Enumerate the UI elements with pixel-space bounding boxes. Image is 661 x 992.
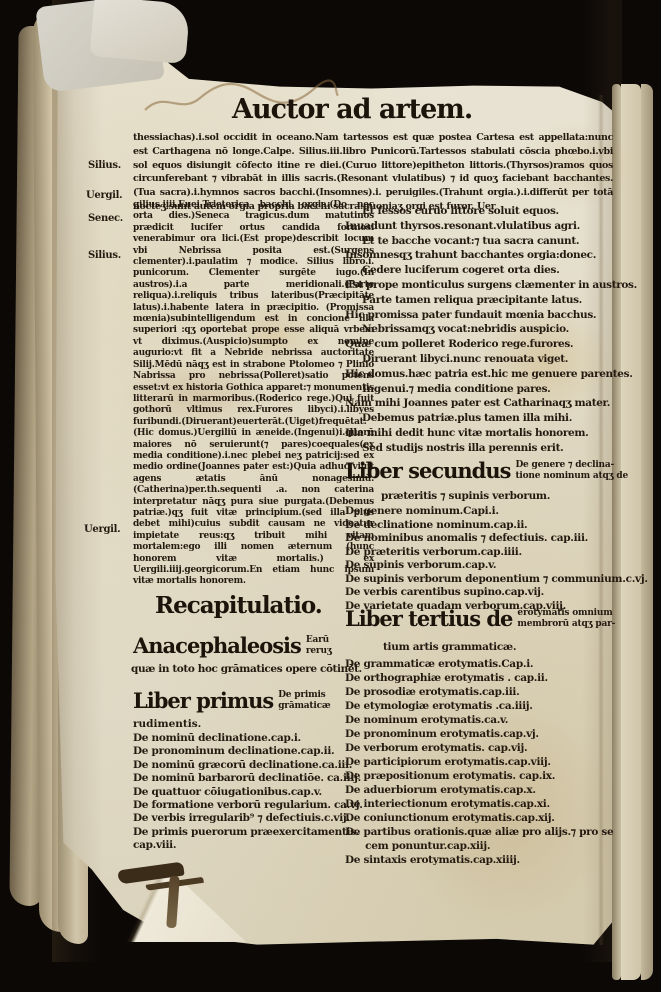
liber-tertius-heading: Liber tertius de erotymatis omnium membr… xyxy=(345,606,615,631)
liber-primus-heading: Liber primus De primis grāmaticæ xyxy=(133,688,330,713)
liber-secundus-subline: præteritis ⁊ supinis verborum. xyxy=(381,490,550,502)
liber-primus-side-text: De primis grāmaticæ xyxy=(273,688,330,711)
verse-line: Illa mihi dedit hunc vitæ mortalis honor… xyxy=(345,426,617,441)
under-page-corner xyxy=(90,0,191,64)
verse-line: Nebrissamqʒ vocat:nebridis auspicio. xyxy=(345,322,617,337)
anacephaleosis-side-text: Earū reruʒ xyxy=(301,633,332,656)
verse-line: Debemus patriæ.plus tamen illa mihi. xyxy=(345,411,617,426)
margin-note-vergil-2: Uergil. xyxy=(84,524,130,535)
verse-line: Hic promissa pater fundauit mœnia bacchu… xyxy=(345,308,617,323)
chapter-entry: De aduerbiorum erotymatis.cap.x. xyxy=(345,783,621,797)
verse-line: Ingenui.⁊ media conditione pares. xyxy=(345,382,617,397)
verse-line: Cedere luciferum cogeret orta dies. xyxy=(345,263,617,278)
chapter-entry: De orthographiæ erotymatis . cap.ii. xyxy=(345,671,621,685)
chapter-entry: De genere nominum.Capi.i. xyxy=(345,505,621,519)
chapter-entry: De prosodiæ erotymatis.cap.iii. xyxy=(345,685,621,699)
chapter-entry: cem ponuntur.cap.xiij. xyxy=(345,839,621,853)
chapter-entry: De verborum erotymatis. cap.vij. xyxy=(345,741,621,755)
recapitulatio-heading: Recapitulatio. xyxy=(155,592,322,619)
chapter-entry: De nominibus anomalis ⁊ defectiuis. cap.… xyxy=(345,532,621,546)
verse-line: Inuadunt thyrsos.resonant.vlulatibus agr… xyxy=(345,219,617,234)
verse-column: Et fessos curuo littore soluit equos.Inu… xyxy=(345,204,617,456)
margin-note-vergil: Uergil. xyxy=(86,190,132,201)
liber-secundus-chapter-list: De genere nominum.Capi.i.De declinatione… xyxy=(345,505,621,613)
liber-tertius-word: Liber tertius de xyxy=(345,606,512,631)
running-title: Auctor ad artem. xyxy=(232,94,542,125)
chapter-entry: De coniunctionum erotymatis.cap.xij. xyxy=(345,811,621,825)
left-column-commentary: gilius.iiii.Euei.Trieterica bacchi orgia… xyxy=(133,200,374,588)
anacephaleosis-word: Anacephaleosis xyxy=(133,633,301,658)
verse-line: Et te bacche vocant:⁊ tua sacra canunt. xyxy=(345,234,617,249)
chapter-entry: De sintaxis erotymatis.cap.xiiij. xyxy=(345,853,621,867)
chapter-entry: De interiectionum erotymatis.cap.xi. xyxy=(345,797,621,811)
chapter-entry: De grammaticæ erotymatis.Cap.i. xyxy=(345,657,621,671)
chapter-entry: De supinis verborum.cap.v. xyxy=(345,559,621,573)
verse-line: Diruerant libyci.nunc renouata viget. xyxy=(345,352,617,367)
chapter-entry: De verbis carentibus supino.cap.vij. xyxy=(345,586,621,600)
liber-primus-word: Liber primus xyxy=(133,688,273,713)
chapter-entry: De partibus orationis.quæ aliæ pro alijs… xyxy=(345,825,621,839)
verse-line: Et fessos curuo littore soluit equos. xyxy=(345,204,617,219)
fore-edge-strip xyxy=(621,84,641,980)
chapter-entry: De pronominum erotymatis.cap.vj. xyxy=(345,727,621,741)
anacephaleosis-heading: Anacephaleosis Earū reruʒ xyxy=(133,633,332,658)
verse-line: Parte tamen reliqua præcipitante latus. xyxy=(345,293,617,308)
verse-line: Nam mihi Joannes pater est Catharinaqʒ m… xyxy=(345,396,617,411)
margin-note-silius-2: Silius. xyxy=(88,250,134,261)
margin-note-seneca: Senec. xyxy=(88,213,134,224)
liber-secundus-word: Liber secundus xyxy=(345,458,510,483)
chapter-entry: De præteritis verborum.cap.iiii. xyxy=(345,546,621,560)
liber-tertius-side-text: erotymatis omnium membrorū atqʒ par- xyxy=(512,606,615,629)
anacephaleosis-subline: quæ in toto hoc grāmatices opere cōtinēt… xyxy=(131,663,363,675)
chapter-entry: De præpositionum erotymatis. cap.ix. xyxy=(345,769,621,783)
chapter-entry: De supinis verborum deponentium ⁊ commun… xyxy=(345,573,621,587)
verse-line: Est prope monticulus surgens clæmenter i… xyxy=(345,278,617,293)
chapter-entry: De participiorum erotymatis.cap.viij. xyxy=(345,755,621,769)
verse-line: Hic domus.hæc patria est.hic me genuere … xyxy=(345,367,617,382)
verse-line: Sed studijs nostris illa perennis erit. xyxy=(345,441,617,456)
verse-line: Insomnesqʒ trahunt bacchantes orgia:done… xyxy=(345,248,617,263)
liber-secundus-side-text: De genere ⁊ declina- tione nominum atqʒ … xyxy=(510,458,628,481)
margin-note-silius: Silius. xyxy=(88,160,134,171)
chapter-entry: De declinatione nominum.cap.ii. xyxy=(345,519,621,533)
liber-tertius-chapter-list: De grammaticæ erotymatis.Cap.i.De orthog… xyxy=(345,657,621,867)
chapter-entry: De etymologiæ erotymatis .ca.iiij. xyxy=(345,699,621,713)
book-photo: Auctor ad artem. thessiachas).i.sol occi… xyxy=(0,0,661,992)
liber-primus-subline: rudimentis. xyxy=(133,718,201,730)
chapter-entry: De nominum erotymatis.ca.v. xyxy=(345,713,621,727)
liber-tertius-subline: tium artis grammaticæ. xyxy=(383,641,516,653)
fore-edge-strip xyxy=(641,84,653,980)
verse-line: Quæ cum polleret Roderico rege.furores. xyxy=(345,337,617,352)
liber-secundus-heading: Liber secundus De genere ⁊ declina- tion… xyxy=(345,458,628,483)
